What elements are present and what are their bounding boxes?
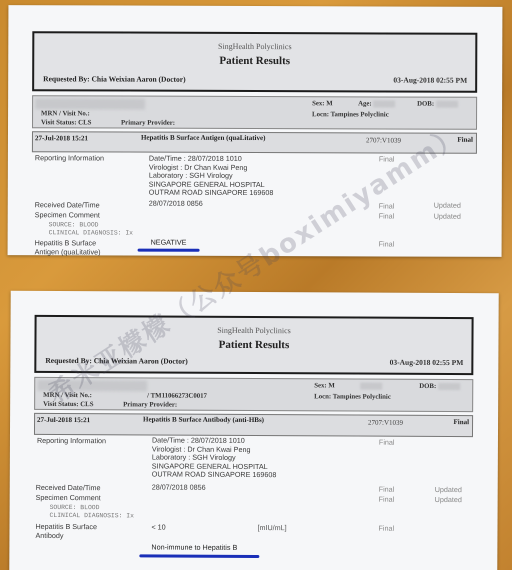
result-label: Hepatitis B Surface Antibody xyxy=(35,523,97,541)
patient-dob: DOB: xyxy=(419,383,460,390)
patient-age-label: Age: xyxy=(358,100,373,107)
printed-datetime: 03-Aug-2018 02:55 PM xyxy=(390,358,464,367)
result-unit: [mIU/mL] xyxy=(257,524,286,533)
result-label-line: Antigen (quaLitative) xyxy=(35,248,101,257)
highlight-underline xyxy=(138,249,200,252)
patient-info-box: Sex: M Age: DOB: Locn: Tampines Polyclin… xyxy=(32,95,477,130)
result-comment: Non-immune to Hepatitis B xyxy=(151,543,237,552)
received-status: Final xyxy=(379,486,395,495)
clinical-diagnosis: CLINICAL DIAGNOSIS: Ix xyxy=(50,512,134,521)
printed-datetime: 03-Aug-2018 02:55 PM xyxy=(393,75,467,84)
report-header: SingHealth Polyclinics Patient Results R… xyxy=(32,31,477,93)
test-date: 27-Jul-2018 15:21 xyxy=(35,134,88,142)
reporting-status: Final xyxy=(379,439,395,448)
specimen-status: Final xyxy=(379,212,395,221)
test-status: Final xyxy=(453,418,469,426)
patient-age: Age: xyxy=(358,100,395,107)
report-title: Patient Results xyxy=(34,54,475,68)
organization-name: SingHealth Polyclinics xyxy=(37,325,472,336)
reporting-info-details: Date/Time : 28/07/2018 1010 Virologist :… xyxy=(149,155,274,198)
report-sheet-hbsag: SingHealth Polyclinics Patient Results R… xyxy=(8,5,503,257)
specimen-note: Updated xyxy=(435,496,462,505)
reporting-info-details: Date/Time : 28/07/2018 1010 Virologist :… xyxy=(152,436,277,480)
received-value: 28/07/2018 0856 xyxy=(149,200,203,209)
mrn-label: MRN / Visit No.: xyxy=(43,392,92,399)
reporting-status: Final xyxy=(379,155,395,164)
redacted-dob xyxy=(438,383,460,390)
redacted-age xyxy=(360,383,382,390)
redacted-dob xyxy=(436,101,458,108)
received-value: 28/07/2018 0856 xyxy=(152,483,206,492)
received-status: Final xyxy=(379,202,395,211)
test-name: Hepatitis B Surface Antibody (anti-HBs) xyxy=(143,415,273,425)
clinical-diagnosis: CLINICAL DIAGNOSIS: Ix xyxy=(49,229,133,238)
redacted-patient-name xyxy=(37,380,147,392)
result-status: Final xyxy=(379,240,395,249)
test-date: 27-Jul-2018 15:21 xyxy=(37,416,90,424)
result-label-line: Antibody xyxy=(35,531,97,540)
reporting-line: OUTRAM ROAD SINGAPORE 169608 xyxy=(152,471,277,480)
result-status: Final xyxy=(378,525,394,534)
test-code: 2707:V1039 xyxy=(366,136,401,144)
organization-name: SingHealth Polyclinics xyxy=(34,41,475,52)
redacted-age xyxy=(373,100,395,107)
reporting-line: OUTRAM ROAD SINGAPORE 169608 xyxy=(149,189,274,198)
received-label: Received Date/Time xyxy=(36,484,101,493)
specimen-note: Updated xyxy=(434,213,461,222)
patient-age xyxy=(360,383,382,390)
patient-dob-label: DOB: xyxy=(419,383,438,390)
received-label: Received Date/Time xyxy=(35,201,100,210)
test-header-row: 27-Jul-2018 15:21 Hepatitis B Surface An… xyxy=(34,413,473,437)
test-name: Hepatitis B Surface Antigen (quaLitative… xyxy=(141,134,271,143)
received-note: Updated xyxy=(435,486,462,495)
test-header-row: 27-Jul-2018 15:21 Hepatitis B Surface An… xyxy=(32,131,477,154)
visit-status: Visit Status: CLS xyxy=(41,119,91,126)
patient-location: Locn: Tampines Polyclinic xyxy=(314,393,391,400)
redacted-patient-name xyxy=(35,98,145,109)
highlight-underline xyxy=(139,554,259,558)
result-label: Hepatitis B Surface Antigen (quaLitative… xyxy=(35,239,101,256)
test-code: 2707:V1039 xyxy=(368,419,403,427)
report-header: SingHealth Polyclinics Patient Results R… xyxy=(34,315,473,375)
requested-by: Requested By: Chia Weixian Aaron (Doctor… xyxy=(45,356,187,366)
result-value: < 10 xyxy=(151,523,165,532)
received-note: Updated xyxy=(434,202,461,211)
specimen-label: Specimen Comment xyxy=(36,494,101,503)
primary-provider: Primary Provider: xyxy=(123,401,177,408)
visit-number: / TM11066273C0017 xyxy=(147,392,207,399)
report-sheet-antihbs: SingHealth Polyclinics Patient Results R… xyxy=(9,291,498,570)
test-status: Final xyxy=(457,136,473,144)
patient-info-box: Sex: M DOB: Locn: Tampines Polyclinic MR… xyxy=(34,377,473,412)
patient-sex: Sex: M xyxy=(312,100,333,107)
visit-status: Visit Status: CLS xyxy=(43,401,93,408)
patient-location: Locn: Tampines Polyclinic xyxy=(312,111,389,118)
patient-dob-label: DOB: xyxy=(417,101,436,108)
patient-dob: DOB: xyxy=(417,101,458,108)
report-title: Patient Results xyxy=(36,338,471,352)
reporting-info-label: Reporting Information xyxy=(35,154,104,163)
result-value: NEGATIVE xyxy=(151,239,187,248)
requested-by: Requested By: Chia Weixian Aaron (Doctor… xyxy=(43,74,185,83)
mrn-label: MRN / Visit No.: xyxy=(41,110,90,117)
reporting-info-label: Reporting Information xyxy=(37,437,106,446)
primary-provider: Primary Provider: xyxy=(121,120,175,127)
patient-sex: Sex: M xyxy=(314,382,335,389)
specimen-status: Final xyxy=(379,496,395,505)
specimen-label: Specimen Comment xyxy=(35,211,100,220)
